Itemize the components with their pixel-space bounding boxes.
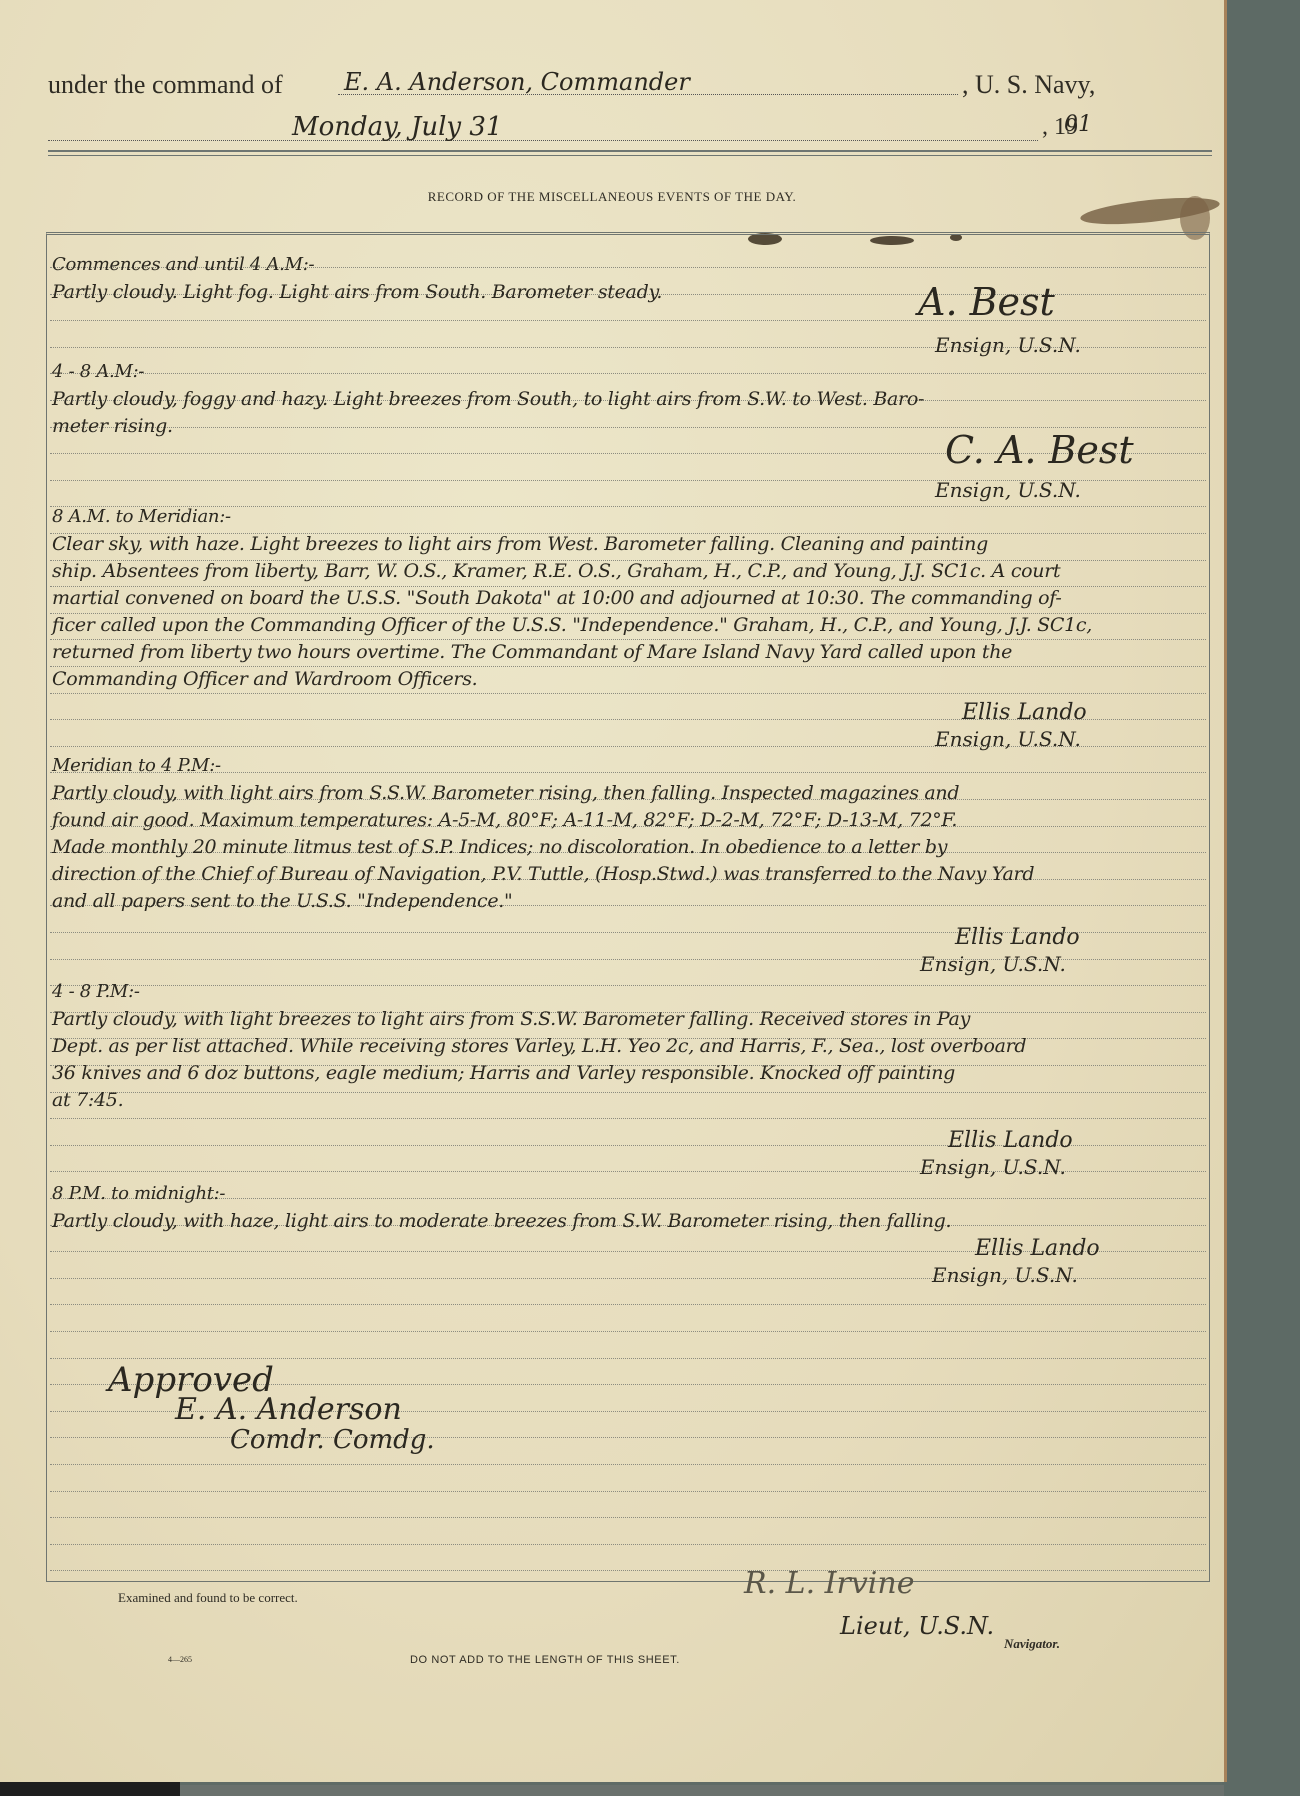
officer-rank: Ensign, U.S.N. (932, 1263, 1078, 1287)
form-number: 4—265 (168, 1655, 192, 1664)
ruled-line (50, 1544, 1206, 1545)
ruled-line (50, 1437, 1206, 1438)
examined-label: Examined and found to be correct. (118, 1590, 298, 1606)
date-dotted-line (48, 140, 1038, 141)
watch-heading: 4 - 8 P.M:- (52, 981, 140, 1002)
header-divider (48, 150, 1212, 156)
officer-rank: Ensign, U.S.N. (920, 1155, 1066, 1179)
entry-line: Clear sky, with haze. Light breezes to l… (52, 533, 988, 555)
ruled-line (50, 985, 1206, 986)
section-title: RECORD OF THE MISCELLANEOUS EVENTS OF TH… (0, 189, 1224, 205)
ruled-line (50, 772, 1206, 773)
entry-line: returned from liberty two hours overtime… (52, 641, 1012, 663)
ruled-line (50, 693, 1206, 694)
entry-line: found air good. Maximum temperatures: A-… (52, 809, 957, 831)
entry-line: ship. Absentees from liberty, Barr, W. O… (52, 560, 1060, 582)
ruled-line (50, 1118, 1206, 1119)
watch-heading: 8 A.M. to Meridian:- (52, 506, 231, 527)
entry-line: Partly cloudy, with light airs from S.S.… (52, 782, 959, 804)
watch-heading: 8 P.M. to midnight:- (52, 1183, 225, 1204)
ruled-line (50, 1464, 1206, 1465)
ruled-line (50, 1304, 1206, 1305)
entry-line: 36 knives and 6 doz buttons, eagle mediu… (52, 1062, 955, 1084)
ruled-line (50, 1491, 1206, 1492)
entry-line: at 7:45. (52, 1089, 123, 1111)
entry-line: Partly cloudy, with haze, light airs to … (52, 1210, 951, 1232)
ruled-line (50, 666, 1206, 667)
ruled-line (50, 1331, 1206, 1332)
year-handwritten: 01 (1064, 112, 1092, 137)
entry-line: meter rising. (52, 415, 173, 437)
watch-heading: Commences and until 4 A.M:- (52, 254, 314, 275)
navigator-label: Navigator. (1004, 1636, 1060, 1652)
ruled-line (50, 1570, 1206, 1571)
officer-rank: Ensign, U.S.N. (935, 333, 1081, 357)
officer-signature: Ellis Lando (948, 1128, 1073, 1153)
officer-signature: Ellis Lando (975, 1236, 1100, 1261)
officer-rank: Ensign, U.S.N. (935, 727, 1081, 751)
entry-line: ficer called upon the Commanding Officer… (52, 614, 1092, 636)
officer-rank: Ensign, U.S.N. (935, 478, 1081, 502)
entry-line: and all papers sent to the U.S.S. "Indep… (52, 890, 512, 912)
command-label: under the command of (48, 70, 283, 100)
ruled-line (50, 1358, 1206, 1359)
navigator-signature: R. L. Irvine (744, 1566, 914, 1601)
ruled-line (50, 1092, 1206, 1093)
entry-line: Dept. as per list attached. While receiv… (52, 1035, 1026, 1057)
watch-heading: Meridian to 4 P.M:- (52, 755, 221, 776)
entry-line: martial convened on board the U.S.S. "So… (52, 587, 1061, 609)
approver-name: E. A. Anderson (175, 1392, 402, 1427)
officer-signature: Ellis Lando (955, 925, 1080, 950)
binder-backing (1222, 0, 1300, 1796)
sheet-notice: DO NOT ADD TO THE LENGTH OF THIS SHEET. (410, 1654, 680, 1666)
entry-line: Made monthly 20 minute litmus test of S.… (52, 836, 947, 858)
officer-signature: A. Best (918, 280, 1055, 324)
page-shadow (0, 1782, 180, 1796)
commander-name: E. A. Anderson, Commander (344, 68, 690, 96)
entry-line: Partly cloudy. Light fog. Light airs fro… (52, 281, 662, 303)
navy-label: , U. S. Navy, (962, 70, 1095, 100)
officer-rank: Ensign, U.S.N. (920, 952, 1066, 976)
entry-line: Commanding Officer and Wardroom Officers… (52, 668, 477, 690)
ruled-line (50, 639, 1206, 640)
ruled-line (50, 373, 1206, 374)
entry-line: Partly cloudy, with light breezes to lig… (52, 1008, 970, 1030)
officer-signature: Ellis Lando (962, 700, 1087, 725)
page-edge (180, 1785, 1224, 1796)
ruled-line (50, 1517, 1206, 1518)
entry-line: direction of the Chief of Bureau of Navi… (52, 863, 1034, 885)
navigator-rank: Lieut, U.S.N. (840, 1612, 994, 1640)
watch-heading: 4 - 8 A.M:- (52, 361, 144, 382)
approver-title: Comdr. Comdg. (230, 1425, 435, 1455)
officer-signature: C. A. Best (945, 428, 1134, 472)
log-date: Monday, July 31 (292, 112, 502, 142)
entry-line: Partly cloudy, foggy and hazy. Light bre… (52, 388, 924, 410)
